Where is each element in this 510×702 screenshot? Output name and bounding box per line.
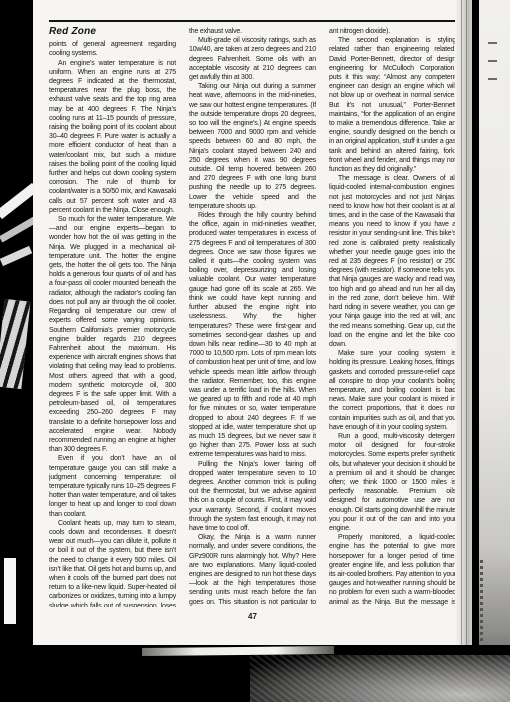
spine-reflection-streak <box>0 183 33 219</box>
paragraph: Run a good, multi-viscosity detergent mo… <box>329 432 456 533</box>
scan-right-band <box>479 0 510 702</box>
paragraph: the exhaust valve. <box>189 27 316 36</box>
spine-reflection-streak <box>0 216 33 242</box>
paragraph: Multi-grade oil viscosity ratings, such … <box>189 36 316 82</box>
page-number: 47 <box>49 612 456 621</box>
registration-tick <box>488 60 497 62</box>
paragraph: points of general agreement regarding co… <box>49 40 176 58</box>
registration-tick <box>488 42 497 44</box>
paragraph: Rides through the hilly country behind t… <box>189 211 316 459</box>
spine-artifact-patch <box>0 299 31 389</box>
scan-left-bar <box>0 0 33 702</box>
text-column-3: ant nitrogen dioxide).The second explana… <box>329 27 456 607</box>
column-1-paragraphs: points of general agreement regarding co… <box>49 40 176 607</box>
paragraph: Pulling the Ninja’s lower fairing off dr… <box>189 460 316 534</box>
paragraph: Even if you don’t have an oil temperatur… <box>49 454 176 518</box>
paragraph: Taking our Ninja out during a summer hea… <box>189 82 316 211</box>
paragraph: The message is clear. Owners of all liqu… <box>329 174 456 349</box>
bottom-noise-texture <box>250 655 510 702</box>
registration-tick <box>488 78 497 80</box>
text-column-2: the exhaust valve.Multi-grade oil viscos… <box>189 27 316 607</box>
scan-right-black-bar <box>472 0 479 702</box>
scan-bottom-bar <box>0 645 510 702</box>
margin-white-box <box>2 556 18 626</box>
spine-fine-print-marks <box>480 560 483 644</box>
text-column-1: Red Zone points of general agreement reg… <box>49 27 176 607</box>
paragraph: Coolant heats up, may turn to steam, coo… <box>49 519 176 607</box>
spine-reflection-streak <box>0 246 32 266</box>
article-title: Red Zone <box>49 27 176 36</box>
paragraph: Properly monitored, a liquid-cooled engi… <box>329 533 456 607</box>
magazine-page: Red Zone points of general agreement reg… <box>33 0 472 646</box>
paragraph: The second explanation is styling relate… <box>329 36 456 174</box>
article-body: Red Zone points of general agreement reg… <box>49 27 456 607</box>
paragraph: Make sure your cooling system is holding… <box>329 349 456 432</box>
page-curl-strip <box>455 0 472 646</box>
paragraph: ant nitrogen dioxide). <box>329 27 456 36</box>
header-rule <box>49 20 456 22</box>
paragraph: So much for the water temperature. We—an… <box>49 215 176 454</box>
paragraph: Okay, the Ninja is a warm runner normall… <box>189 533 316 607</box>
paragraph: An engine’s water temperature is not uni… <box>49 59 176 215</box>
